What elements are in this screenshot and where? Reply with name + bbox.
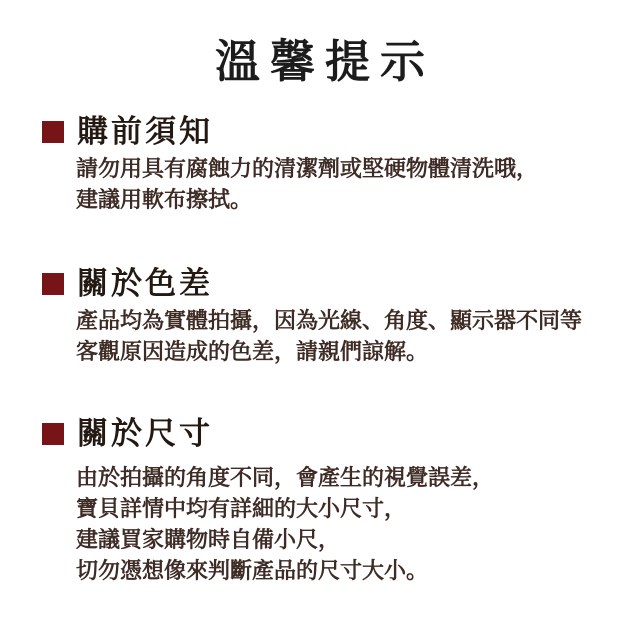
- section-heading: 關於尺寸: [77, 418, 213, 450]
- square-bullet-icon: [42, 423, 64, 445]
- section-body: 由於拍攝的角度不同，會產生的視覺誤差， 寶貝詳情中均有詳細的大小尺寸， 建議買家…: [0, 462, 640, 586]
- section-header: 關於尺寸: [0, 418, 640, 450]
- body-line: 客觀原因造成的色差，請親們諒解。: [76, 336, 624, 367]
- body-line: 產品均為實體拍攝，因為光線、角度、顯示器不同等: [76, 305, 624, 336]
- body-line: 建議買家購物時自備小尺，: [76, 524, 624, 555]
- warm-tips-notice: 溫馨提示 購前須知 請勿用具有腐蝕力的清潔劑或堅硬物體清洗哦， 建議用軟布擦拭。…: [0, 0, 640, 640]
- square-bullet-icon: [42, 273, 64, 295]
- body-line: 寶貝詳情中均有詳細的大小尺寸，: [76, 493, 624, 524]
- section-header: 關於色差: [0, 268, 640, 300]
- section-header: 購前須知: [0, 116, 640, 148]
- section-body: 請勿用具有腐蝕力的清潔劑或堅硬物體清洗哦， 建議用軟布擦拭。: [0, 153, 640, 215]
- body-line: 請勿用具有腐蝕力的清潔劑或堅硬物體清洗哦，: [76, 153, 624, 184]
- section-heading: 購前須知: [77, 116, 213, 148]
- section-size: 關於尺寸 由於拍攝的角度不同，會產生的視覺誤差， 寶貝詳情中均有詳細的大小尺寸，…: [0, 418, 640, 586]
- section-color-difference: 關於色差 產品均為實體拍攝，因為光線、角度、顯示器不同等 客觀原因造成的色差，請…: [0, 268, 640, 367]
- body-line: 由於拍攝的角度不同，會產生的視覺誤差，: [76, 462, 624, 493]
- section-body: 產品均為實體拍攝，因為光線、角度、顯示器不同等 客觀原因造成的色差，請親們諒解。: [0, 305, 640, 367]
- section-heading: 關於色差: [77, 268, 213, 300]
- body-line: 切勿憑想像來判斷產品的尺寸大小。: [76, 555, 624, 586]
- section-purchase-notice: 購前須知 請勿用具有腐蝕力的清潔劑或堅硬物體清洗哦， 建議用軟布擦拭。: [0, 116, 640, 215]
- page-title: 溫馨提示: [0, 0, 640, 90]
- body-line: 建議用軟布擦拭。: [76, 184, 624, 215]
- square-bullet-icon: [42, 121, 64, 143]
